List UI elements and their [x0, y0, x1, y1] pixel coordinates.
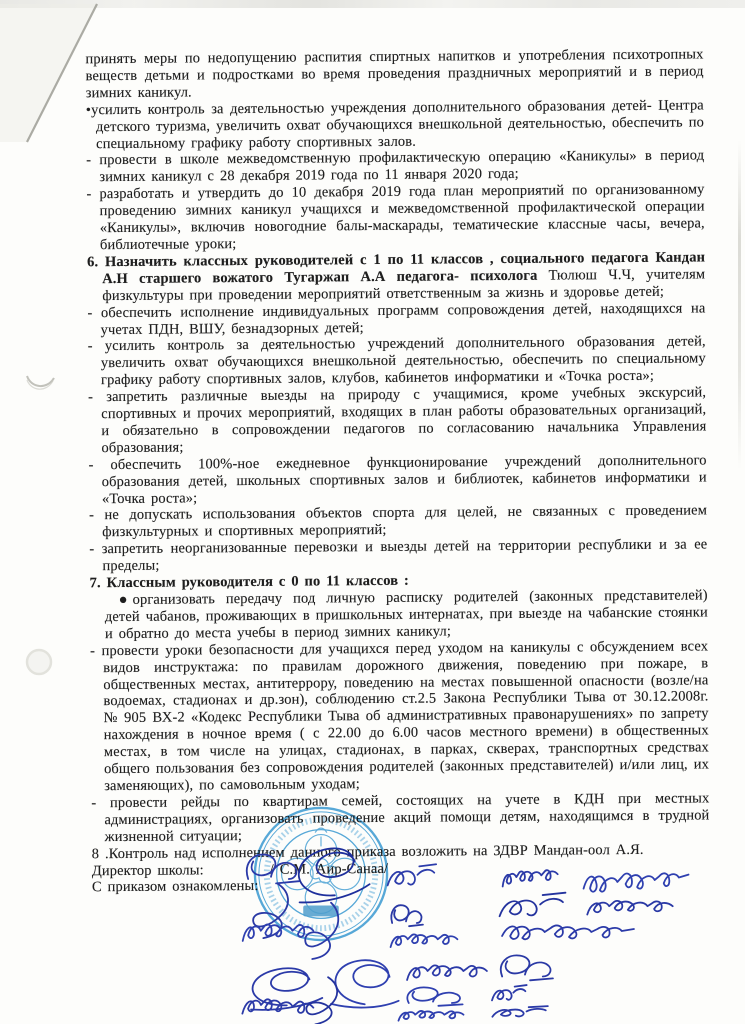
stamp-bottom-band — [303, 906, 339, 917]
signature — [386, 899, 426, 931]
order-paragraph: - провести в школе межведомственную проф… — [86, 148, 704, 187]
signature — [300, 974, 346, 1024]
order-paragraph: - провести уроки безопасности для учащих… — [90, 638, 709, 795]
signature — [584, 894, 676, 922]
order-text-block: принять меры по недопущению распития спи… — [0, 0, 745, 897]
signature-salchak — [240, 916, 316, 950]
order-paragraph: - запретить неорганизованные перевозки и… — [89, 537, 707, 576]
order-paragraph: - разработать и утвердить до 10 декабря … — [86, 182, 705, 254]
signature — [398, 982, 468, 1010]
scanned-order-document: принять меры по недопущению распития спи… — [0, 0, 745, 1024]
signature-mongush — [320, 947, 410, 1015]
order-paragraph: - не допускать использования объектов сп… — [89, 503, 707, 542]
order-paragraph: - запретить различные выезды на природу … — [88, 385, 707, 457]
signature-dongak — [388, 928, 460, 954]
signature — [236, 957, 331, 1015]
signature — [488, 982, 528, 1008]
signature — [396, 1006, 466, 1024]
director-signature-gap — [204, 873, 270, 874]
order-paragraph: ●организовать передачу под личную распис… — [90, 587, 708, 643]
signature — [492, 888, 568, 928]
signature — [404, 958, 490, 988]
order-item-6: 6. Назначить классных руководителей с 1 … — [87, 249, 705, 305]
director-label: Директор школы: — [92, 862, 204, 879]
signature — [239, 990, 317, 1024]
order-paragraph: - обеспечить 100%-ное ежедневное функцио… — [89, 452, 707, 508]
order-paragraph: принять меры по недопущению распития спи… — [85, 46, 703, 102]
acknowledged-label: С приказом ознакомлены: — [92, 875, 710, 897]
order-paragraph: - усилить контроль за деятельностью учре… — [88, 334, 706, 390]
signature-bazyr — [492, 948, 558, 986]
signature-dumendey — [498, 918, 638, 946]
signature — [486, 1004, 550, 1022]
director-name: / С.М. Аир-Санаа/ — [270, 860, 389, 877]
order-paragraph: - обеспечить исполнение индивидуальных п… — [87, 300, 705, 339]
order-paragraph: •усилить контроль за деятельностью учреж… — [86, 97, 704, 153]
order-paragraph: - провести рейды по квартирам семей, сос… — [91, 790, 709, 846]
signature — [297, 896, 349, 964]
